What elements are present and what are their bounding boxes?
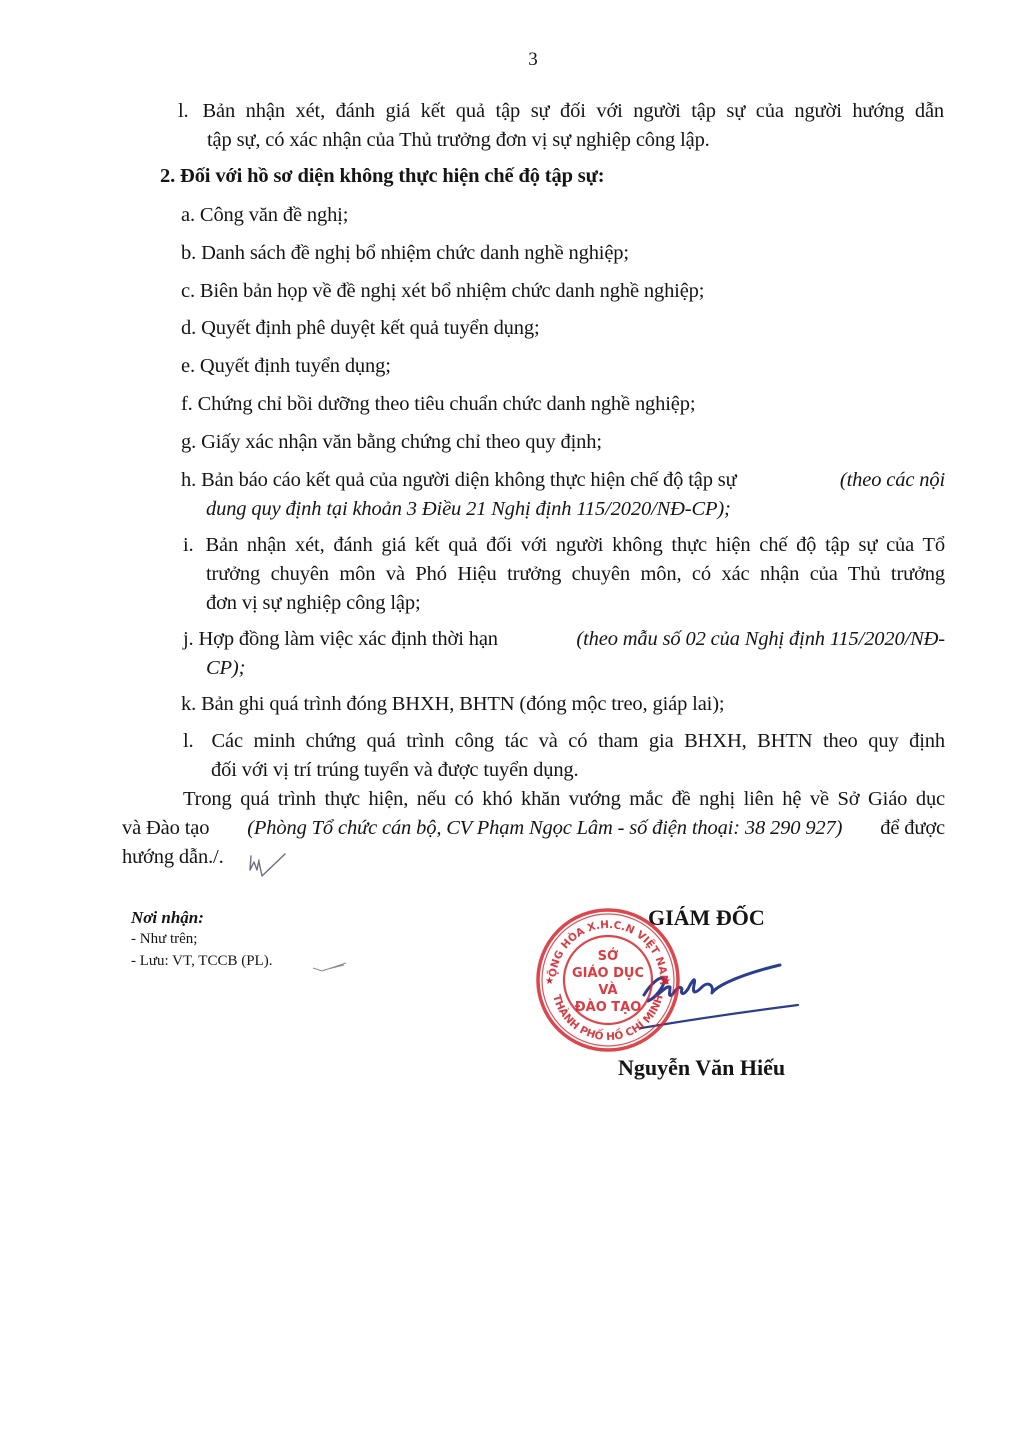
list-item-text: Giấy xác nhận văn bằng chứng chỉ theo qu… [201,431,602,453]
list-item-i-line3: đơn vị sự nghiệp công lập; [206,593,420,614]
page-number: 3 [0,49,1018,71]
list-item-i-line2: trưởng chuyên môn và Phó Hiệu trưởng chu… [206,564,945,585]
closing-line1: Trong quá trình thực hiện, nếu có khó kh… [183,789,945,810]
list-item-h: h. Bản báo cáo kết quả của người diện kh… [181,470,945,491]
list-marker: l. [178,101,189,122]
list-marker: g. [181,431,196,453]
list-item: k. Bản ghi quá trình đóng BHXH, BHTN (đó… [181,694,724,715]
signatory-name: Nguyễn Văn Hiếu [618,1055,785,1081]
seal-center-line: VÀ [598,982,617,998]
list-item-text: Công văn đề nghị; [200,204,348,226]
closing-line3: hướng dẫn./. [122,847,224,868]
list-marker: k. [181,693,196,715]
list-marker: c. [181,280,195,302]
list-item-i: i. Bản nhận xét, đánh giá kết quả đối vớ… [183,535,945,556]
list-marker: i. [183,535,194,556]
svg-text:★: ★ [662,976,671,987]
contact-info: (Phòng Tổ chức cán bộ, CV Phạm Ngọc Lâm … [247,818,842,839]
list-item: b. Danh sách đề nghị bổ nhiệm chức danh … [181,243,629,264]
list-marker: b. [181,242,196,264]
legal-reference-continued: CP); [206,658,245,679]
list-marker: a. [181,204,195,226]
list-item-text: Bản báo cáo kết quả của người diện không… [201,469,737,491]
list-item-text: Biên bản họp về đề nghị xét bổ nhiệm chứ… [200,280,704,302]
recipients-title: Nơi nhận: [131,908,204,928]
list-item: d. Quyết định phê duyệt kết quả tuyển dụ… [181,318,540,339]
list-item: e. Quyết định tuyển dụng; [181,356,391,377]
section-heading: 2. Đối với hồ sơ diện không thực hiện ch… [160,166,604,187]
recipient-item: - Như trên; [131,931,197,948]
list-item-text: Bản ghi quá trình đóng BHXH, BHTN (đóng … [201,693,724,715]
list-item-text: Hợp đồng làm việc xác định thời hạn [199,628,498,650]
list-item: g. Giấy xác nhận văn bằng chứng chỉ theo… [181,432,602,453]
list-item-text: Quyết định phê duyệt kết quả tuyển dụng; [201,317,539,339]
list-item: c. Biên bản họp về đề nghị xét bổ nhiệm … [181,281,704,302]
list-item-text: Bản nhận xét, đánh giá kết quả đối với n… [206,535,945,556]
list-item-text: Chứng chỉ bồi dưỡng theo tiêu chuẩn chức… [198,393,696,415]
official-seal-icon: CỘNG HÒA X.H.C.N VIỆT NAM THÀNH PHỐ HỒ C… [534,906,682,1054]
seal-center-line: SỞ [598,947,619,964]
list-item-text: Quyết định tuyển dụng; [200,355,391,377]
list-marker: h. [181,469,196,491]
legal-reference: (theo mẫu số 02 của Nghị định 115/2020/N… [576,629,945,650]
closing-text: để được [880,818,945,839]
legal-reference-continued: dung quy định tại khoản 3 Điều 21 Nghị đ… [206,499,731,520]
list-item-l-line2: đối với vị trí trúng tuyển và được tuyển… [211,760,579,781]
list-marker: f. [181,393,193,415]
list-marker: l. [183,731,194,752]
legal-reference: (theo các nội [840,470,945,491]
list-marker: j. [183,628,194,650]
list-item-text: Các minh chứng quá trình công tác và có … [212,731,945,752]
initials-mark-icon [245,848,291,882]
section1-item-l-line1: l. Bản nhận xét, đánh giá kết quả tập sự… [178,101,944,122]
list-marker: e. [181,355,195,377]
svg-text:★: ★ [545,976,554,987]
initials-mark-icon [312,960,348,974]
closing-line2: và Đào tạo (Phòng Tổ chức cán bộ, CV Phạ… [122,818,945,839]
list-item: f. Chứng chỉ bồi dưỡng theo tiêu chuẩn c… [181,394,695,415]
list-item-text: Bản nhận xét, đánh giá kết quả tập sự đố… [203,101,944,122]
list-item: a. Công văn đề nghị; [181,205,348,226]
list-item-text: Danh sách đề nghị bổ nhiệm chức danh ngh… [201,242,629,264]
list-marker: d. [181,317,196,339]
list-item-l: l. Các minh chứng quá trình công tác và … [183,731,945,752]
recipient-item: - Lưu: VT, TCCB (PL). [131,953,272,970]
list-item-j: j. Hợp đồng làm việc xác định thời hạn (… [183,629,945,650]
section1-item-l-line2: tập sự, có xác nhận của Thủ trưởng đơn v… [207,130,710,151]
closing-text: và Đào tạo [122,818,209,839]
seal-center-line: ĐÀO TẠO [575,999,642,1015]
seal-center-line: GIÁO DỤC [572,965,644,981]
